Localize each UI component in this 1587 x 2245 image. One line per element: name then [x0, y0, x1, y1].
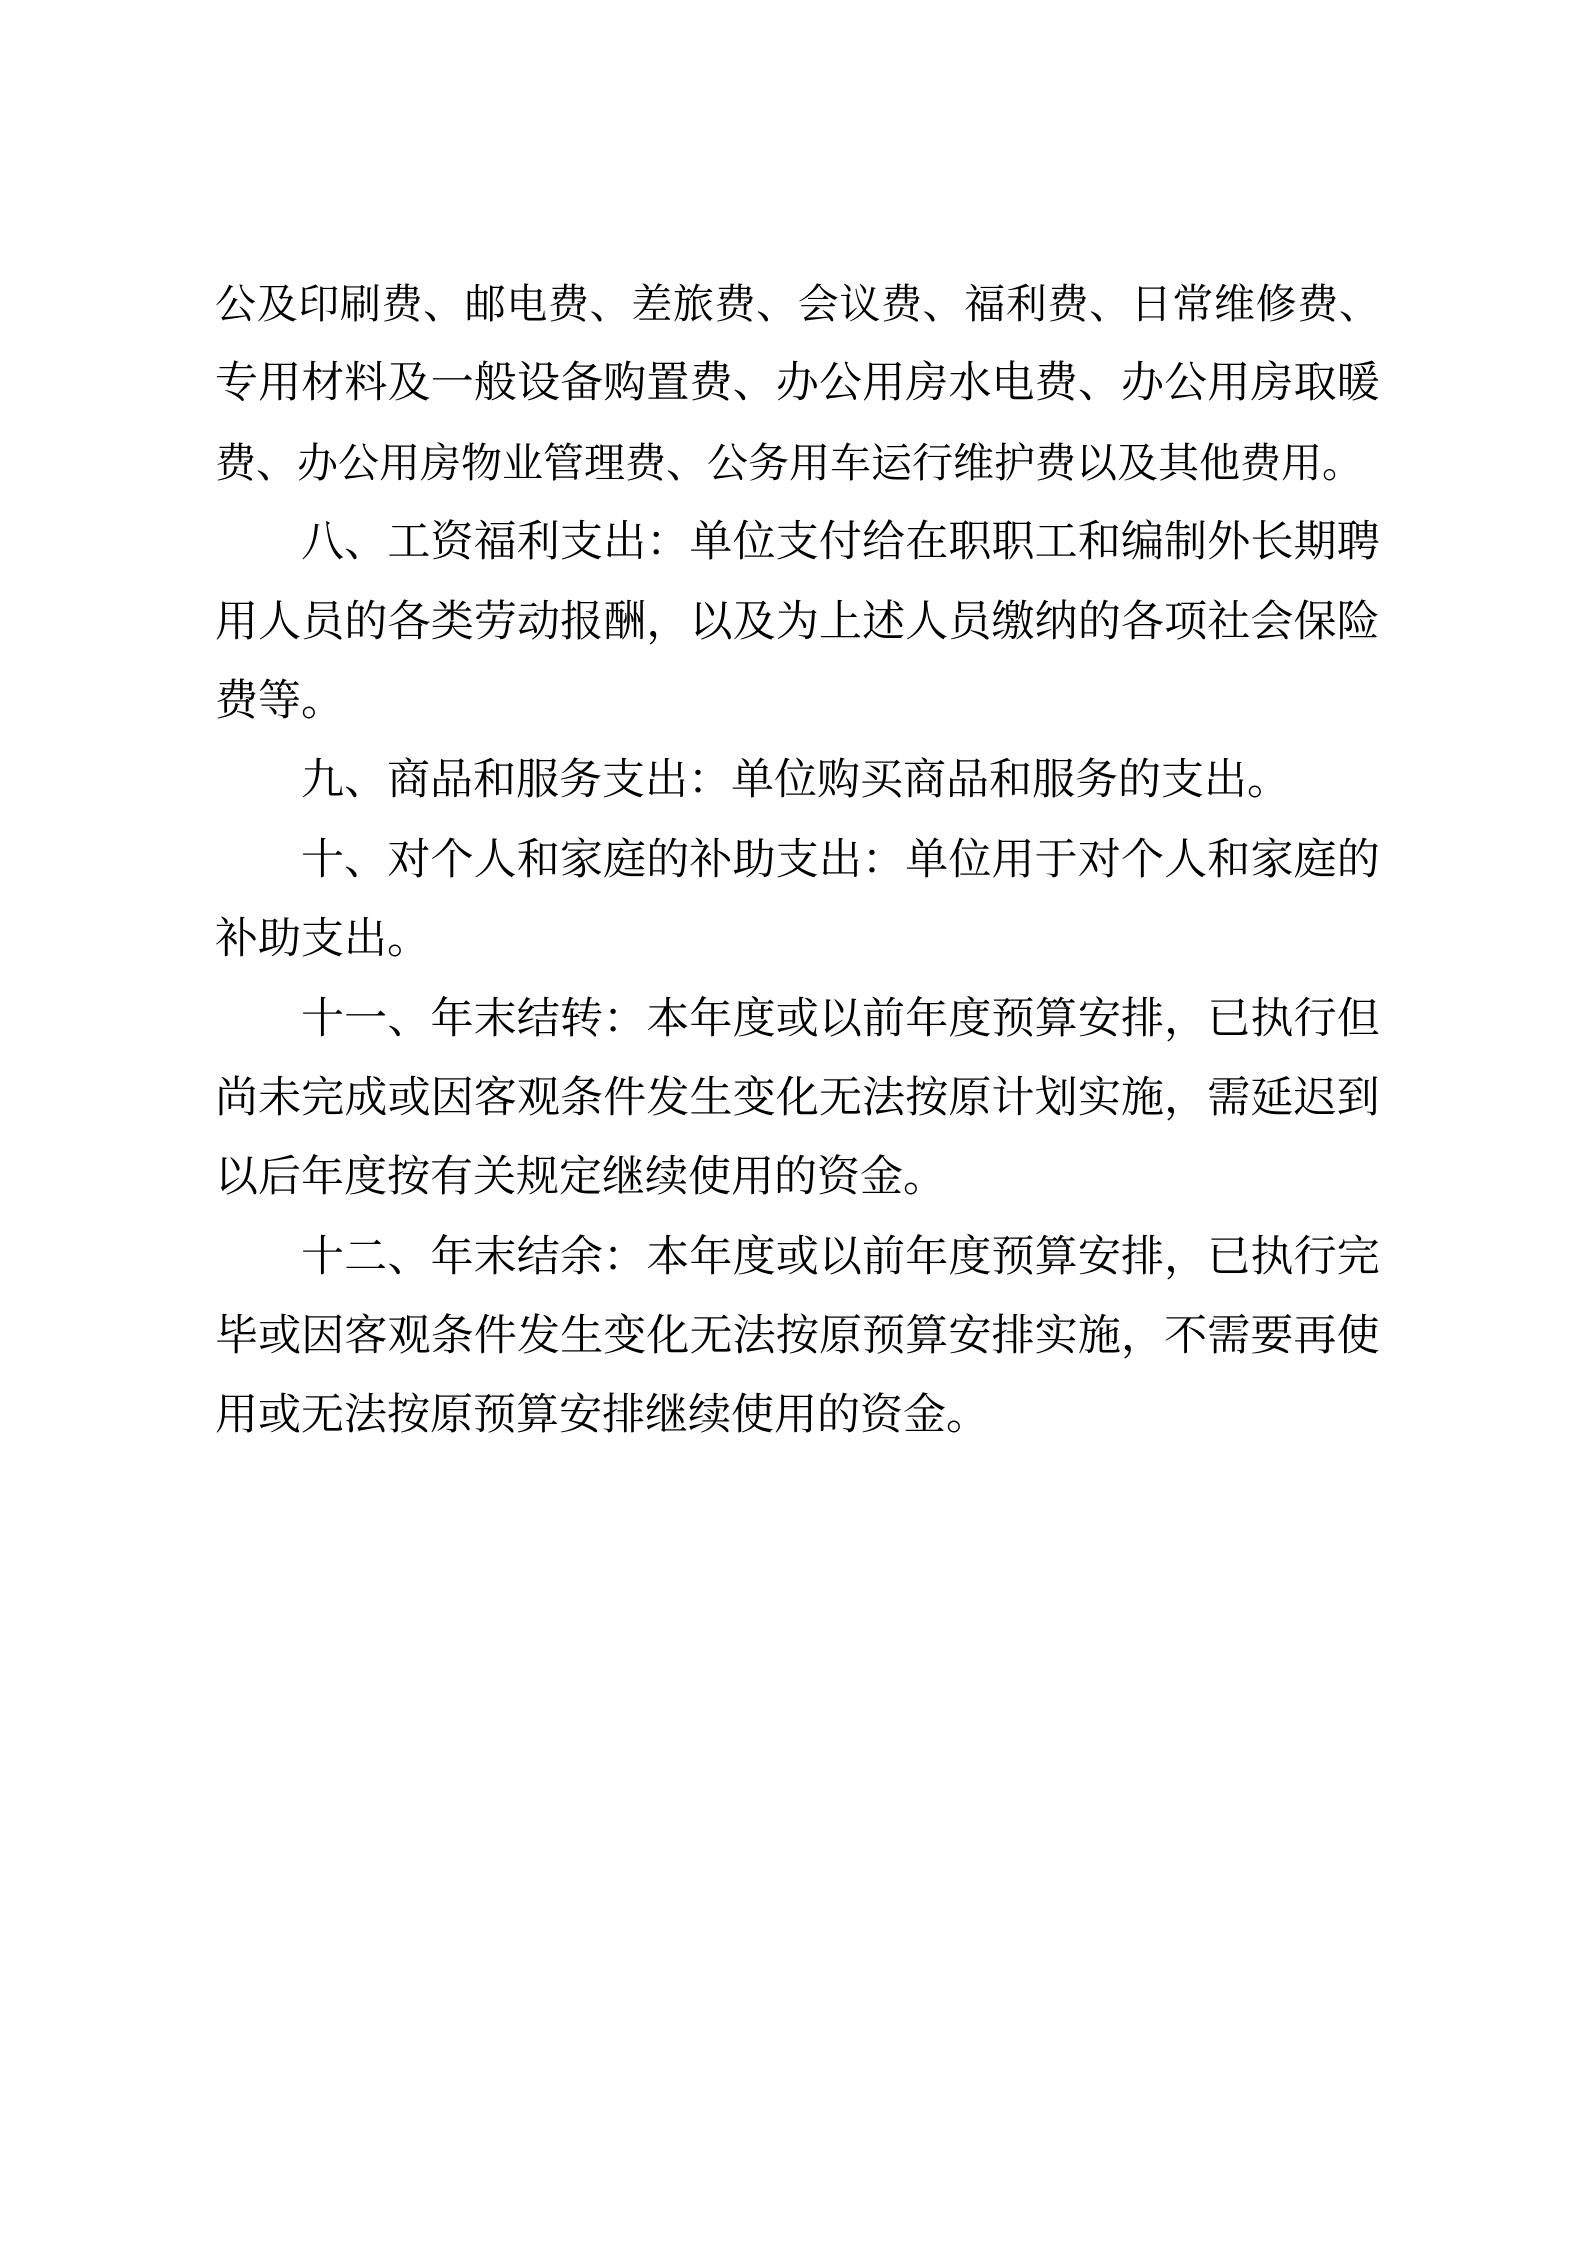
text-char: 生: [690, 1059, 733, 1138]
text-char: 条: [431, 1297, 474, 1376]
text-char: 尚: [215, 1059, 258, 1138]
text-char: 材: [301, 344, 344, 423]
text-char: 、: [923, 265, 964, 344]
text-char: 房: [1250, 344, 1293, 423]
text-char: 会: [798, 265, 839, 344]
text-char: 因: [431, 1059, 474, 1138]
text-char: 执: [1250, 1218, 1293, 1297]
text-char: 十: [301, 821, 344, 900]
text-char: 、: [1089, 265, 1130, 344]
text-char: ，: [646, 583, 689, 662]
text-char: 于: [1035, 821, 1078, 900]
text-char: 维: [1214, 265, 1255, 344]
text-char: 各: [1121, 583, 1164, 662]
text-char: 以: [819, 980, 862, 1059]
text-char: 刷: [340, 265, 381, 344]
text-char: 房: [905, 344, 948, 423]
text-char: 电: [992, 344, 1035, 423]
text-char: 化: [646, 1297, 689, 1376]
text-char: 工: [387, 503, 430, 582]
text-char: 、: [423, 265, 464, 344]
text-char: 修: [1256, 265, 1297, 344]
text-char: 执: [1250, 980, 1293, 1059]
text-char: 度: [948, 980, 991, 1059]
text-char: 以: [690, 583, 733, 662]
text-char: 支: [776, 821, 819, 900]
text-char: 位: [948, 821, 991, 900]
text-char: 、: [590, 265, 631, 344]
text-char: 结: [517, 980, 560, 1059]
text-char: 公: [1164, 344, 1207, 423]
text-char: 员: [301, 583, 344, 662]
text-char: 日: [1131, 265, 1172, 344]
text-line: 公及印刷费、邮电费、差旅费、会议费、福利费、日常维修费、: [215, 265, 1380, 344]
text-char: 给: [862, 503, 905, 582]
text-char: 置: [646, 344, 689, 423]
text-char: 办: [1121, 344, 1164, 423]
text-char: 福: [964, 265, 1005, 344]
text-char: 为: [776, 583, 819, 662]
text-char: 生: [560, 1297, 603, 1376]
text-line: 以后年度按有关规定继续使用的资金。: [215, 1138, 1380, 1217]
text-char: 安: [948, 1297, 991, 1376]
text-char: 到: [1337, 1059, 1380, 1138]
text-char: 以: [819, 1218, 862, 1297]
text-char: 年: [905, 980, 948, 1059]
text-char: 度: [733, 1218, 776, 1297]
text-line: 十、对个人和家庭的补助支出：单位用于对个人和家庭的: [215, 821, 1380, 900]
text-char: 本: [646, 1218, 689, 1297]
text-char: 使: [1337, 1297, 1380, 1376]
text-char: ，: [1121, 1297, 1164, 1376]
text-char: 排: [992, 1297, 1035, 1376]
document-body: 公及印刷费、邮电费、差旅费、会议费、福利费、日常维修费、专用材料及一般设备购置费…: [215, 265, 1380, 1456]
text-char: 无: [819, 1059, 862, 1138]
text-char: 个: [430, 821, 473, 900]
text-line: 补助支出。: [215, 900, 1380, 979]
text-char: 变: [733, 1059, 776, 1138]
text-char: 毕: [215, 1297, 258, 1376]
text-char: 类: [431, 583, 474, 662]
text-char: ：: [603, 1218, 646, 1297]
text-char: 庭: [1294, 821, 1337, 900]
text-char: 人: [474, 821, 517, 900]
text-char: 计: [992, 1059, 1035, 1138]
text-char: 设: [517, 344, 560, 423]
text-char: 、: [756, 265, 797, 344]
text-char: 长: [1250, 503, 1293, 582]
text-char: 化: [776, 1059, 819, 1138]
text-char: 公: [819, 344, 862, 423]
text-char: 迟: [1294, 1059, 1337, 1138]
text-char: 十: [301, 1218, 344, 1297]
text-char: 对: [387, 821, 430, 900]
text-char: 支: [560, 503, 603, 582]
text-char: 算: [1035, 1218, 1078, 1297]
text-char: 常: [1172, 265, 1213, 344]
text-char: 家: [1250, 821, 1293, 900]
text-char: 预: [992, 980, 1035, 1059]
text-char: 件: [603, 1059, 646, 1138]
text-char: 余: [560, 1218, 603, 1297]
text-char: 实: [1078, 1059, 1121, 1138]
text-line: 尚未完成或因客观条件发生变化无法按原计划实施，需延迟到: [215, 1059, 1380, 1138]
text-line: 用或无法按原预算安排继续使用的资金。: [215, 1376, 1380, 1455]
text-char: 需: [1207, 1297, 1250, 1376]
text-char: 费: [715, 265, 756, 344]
text-char: 和: [1078, 503, 1121, 582]
text-char: 单: [689, 503, 732, 582]
text-char: 、: [344, 821, 387, 900]
text-char: 、: [733, 344, 776, 423]
text-char: 排: [1121, 1218, 1164, 1297]
text-char: 费: [1035, 344, 1078, 423]
text-char: 算: [1035, 980, 1078, 1059]
text-char: 出: [819, 821, 862, 900]
text-char: 转: [560, 980, 603, 1059]
text-char: 条: [560, 1059, 603, 1138]
text-char: 件: [474, 1297, 517, 1376]
text-char: 度: [733, 980, 776, 1059]
text-char: 年: [689, 1218, 732, 1297]
text-char: 因: [301, 1297, 344, 1376]
text-char: 动: [517, 583, 560, 662]
text-char: 公: [215, 265, 256, 344]
text-char: 二: [344, 1218, 387, 1297]
text-char: 十: [301, 980, 344, 1059]
text-char: 成: [344, 1059, 387, 1138]
text-char: 需: [1207, 1059, 1250, 1138]
text-char: 排: [1121, 980, 1164, 1059]
text-char: 八: [301, 503, 344, 582]
text-line: 专用材料及一般设备购置费、办公用房水电费、办公用房取暖: [215, 344, 1380, 423]
text-char: 用: [215, 583, 258, 662]
text-char: 客: [474, 1059, 517, 1138]
text-char: 的: [1337, 821, 1380, 900]
text-char: 法: [733, 1297, 776, 1376]
text-char: 费: [881, 265, 922, 344]
text-char: 原: [819, 1297, 862, 1376]
text-char: 家: [560, 821, 603, 900]
text-line: 费等。: [215, 662, 1380, 741]
text-char: 观: [388, 1297, 431, 1376]
text-char: 费: [1297, 265, 1338, 344]
text-line: 毕或因客观条件发生变化无法按原预算安排实施，不需要再使: [215, 1297, 1380, 1376]
text-line: 用人员的各类劳动报酬，以及为上述人员缴纳的各项社会保险: [215, 583, 1380, 662]
text-char: 福: [474, 503, 517, 582]
text-char: 办: [776, 344, 819, 423]
text-char: 发: [646, 1059, 689, 1138]
text-char: 一: [344, 980, 387, 1059]
text-char: 实: [1035, 1297, 1078, 1376]
text-char: 水: [948, 344, 991, 423]
text-line: 九、商品和服务支出：单位购买商品和服务的支出。: [215, 741, 1380, 820]
text-char: 般: [474, 344, 517, 423]
text-char: 人: [258, 583, 301, 662]
text-char: 完: [301, 1059, 344, 1138]
text-char: 和: [1207, 821, 1250, 900]
text-char: 但: [1337, 980, 1380, 1059]
text-char: 各: [388, 583, 431, 662]
text-char: 一: [431, 344, 474, 423]
text-char: 暖: [1337, 344, 1380, 423]
text-char: 付: [819, 503, 862, 582]
text-char: 个: [1121, 821, 1164, 900]
text-char: 缴: [992, 583, 1035, 662]
text-char: 编: [1121, 503, 1164, 582]
text-char: 酬: [603, 583, 646, 662]
text-char: 助: [733, 821, 776, 900]
text-char: 出: [603, 503, 646, 582]
text-char: ：: [603, 980, 646, 1059]
text-char: 观: [517, 1059, 560, 1138]
text-char: 再: [1294, 1297, 1337, 1376]
text-char: ，: [1164, 1059, 1207, 1138]
text-char: 按: [776, 1297, 819, 1376]
text-char: 资: [430, 503, 473, 582]
text-char: 报: [560, 583, 603, 662]
text-char: 末: [474, 1218, 517, 1297]
text-char: 聘: [1337, 503, 1380, 582]
text-char: 旅: [673, 265, 714, 344]
text-char: 职: [992, 503, 1035, 582]
text-char: 按: [905, 1059, 948, 1138]
text-char: 邮: [465, 265, 506, 344]
text-char: 或: [258, 1297, 301, 1376]
text-char: 施: [1078, 1297, 1121, 1376]
text-char: 购: [603, 344, 646, 423]
text-char: 上: [819, 583, 862, 662]
text-char: 纳: [1035, 583, 1078, 662]
text-char: 险: [1337, 583, 1380, 662]
text-char: 制: [1164, 503, 1207, 582]
text-char: 专: [215, 344, 258, 423]
text-char: 单: [905, 821, 948, 900]
text-char: 利: [517, 503, 560, 582]
text-char: 用: [862, 344, 905, 423]
text-char: 劳: [474, 583, 517, 662]
text-char: 费: [548, 265, 589, 344]
text-char: 年: [905, 1218, 948, 1297]
text-char: 已: [1207, 1218, 1250, 1297]
text-char: 或: [776, 980, 819, 1059]
text-char: 或: [776, 1218, 819, 1297]
text-char: 庭: [603, 821, 646, 900]
text-char: 施: [1121, 1059, 1164, 1138]
text-char: 无: [690, 1297, 733, 1376]
text-char: 完: [1337, 1218, 1380, 1297]
text-char: 变: [603, 1297, 646, 1376]
text-char: 取: [1294, 344, 1337, 423]
text-char: 人: [905, 583, 948, 662]
text-char: 、: [387, 980, 430, 1059]
text-char: 用: [258, 344, 301, 423]
text-char: 客: [344, 1297, 387, 1376]
text-line: 八、工资福利支出：单位支付给在职职工和编制外长期聘: [215, 503, 1380, 582]
text-char: 发: [517, 1297, 560, 1376]
text-line: 十二、年末结余：本年度或以前年度预算安排，已执行完: [215, 1218, 1380, 1297]
text-char: 的: [1078, 583, 1121, 662]
text-char: 用: [992, 821, 1035, 900]
text-char: 原: [948, 1059, 991, 1138]
text-char: ：: [646, 503, 689, 582]
text-char: 电: [506, 265, 547, 344]
text-char: 和: [517, 821, 560, 900]
text-char: 人: [1164, 821, 1207, 900]
text-char: 差: [631, 265, 672, 344]
text-char: 预: [862, 1297, 905, 1376]
text-char: 年: [689, 980, 732, 1059]
document-page: 公及印刷费、邮电费、差旅费、会议费、福利费、日常维修费、专用材料及一般设备购置费…: [0, 0, 1587, 2245]
text-char: 前: [862, 980, 905, 1059]
text-char: 末: [474, 980, 517, 1059]
text-char: 议: [839, 265, 880, 344]
text-char: 法: [862, 1059, 905, 1138]
text-char: ：: [862, 821, 905, 900]
text-char: 及: [733, 583, 776, 662]
text-char: 的: [646, 821, 689, 900]
text-char: 前: [862, 1218, 905, 1297]
text-line: 费、办公用房物业管理费、公务用车运行维护费以及其他费用。: [215, 424, 1380, 503]
text-char: 年: [430, 1218, 473, 1297]
text-char: 用: [1207, 344, 1250, 423]
text-char: 期: [1294, 503, 1337, 582]
text-char: 安: [1078, 1218, 1121, 1297]
text-char: 社: [1207, 583, 1250, 662]
text-char: 印: [298, 265, 339, 344]
text-char: 位: [733, 503, 776, 582]
text-line: 十一、年末结转：本年度或以前年度预算安排，已执行但: [215, 980, 1380, 1059]
text-char: 料: [344, 344, 387, 423]
text-char: 要: [1250, 1297, 1293, 1376]
text-char: 述: [862, 583, 905, 662]
text-char: 对: [1078, 821, 1121, 900]
text-char: 年: [430, 980, 473, 1059]
text-char: 安: [1078, 980, 1121, 1059]
text-char: 在: [905, 503, 948, 582]
text-char: 已: [1207, 980, 1250, 1059]
text-char: 本: [646, 980, 689, 1059]
text-char: 延: [1250, 1059, 1293, 1138]
text-char: 预: [992, 1218, 1035, 1297]
text-char: 划: [1035, 1059, 1078, 1138]
text-char: 及: [257, 265, 298, 344]
text-char: 外: [1207, 503, 1250, 582]
text-char: 费: [690, 344, 733, 423]
text-char: 行: [1294, 980, 1337, 1059]
text-char: 员: [948, 583, 991, 662]
text-char: 算: [905, 1297, 948, 1376]
text-char: 保: [1294, 583, 1337, 662]
text-char: 结: [517, 1218, 560, 1297]
text-char: 或: [388, 1059, 431, 1138]
text-char: 行: [1294, 1218, 1337, 1297]
text-char: 会: [1250, 583, 1293, 662]
text-char: 项: [1164, 583, 1207, 662]
text-char: 、: [1078, 344, 1121, 423]
text-char: 利: [1006, 265, 1047, 344]
text-char: 的: [344, 583, 387, 662]
text-char: 及: [388, 344, 431, 423]
text-char: ，: [1164, 1218, 1207, 1297]
text-char: 度: [948, 1218, 991, 1297]
text-char: 未: [258, 1059, 301, 1138]
text-char: 不: [1164, 1297, 1207, 1376]
text-char: 备: [560, 344, 603, 423]
text-char: 、: [387, 1218, 430, 1297]
text-char: 、: [1339, 265, 1380, 344]
text-char: 费: [382, 265, 423, 344]
text-char: 补: [689, 821, 732, 900]
text-char: 工: [1035, 503, 1078, 582]
text-char: ，: [1164, 980, 1207, 1059]
text-char: 支: [776, 503, 819, 582]
text-char: 费: [1048, 265, 1089, 344]
text-char: 、: [344, 503, 387, 582]
text-char: 职: [948, 503, 991, 582]
